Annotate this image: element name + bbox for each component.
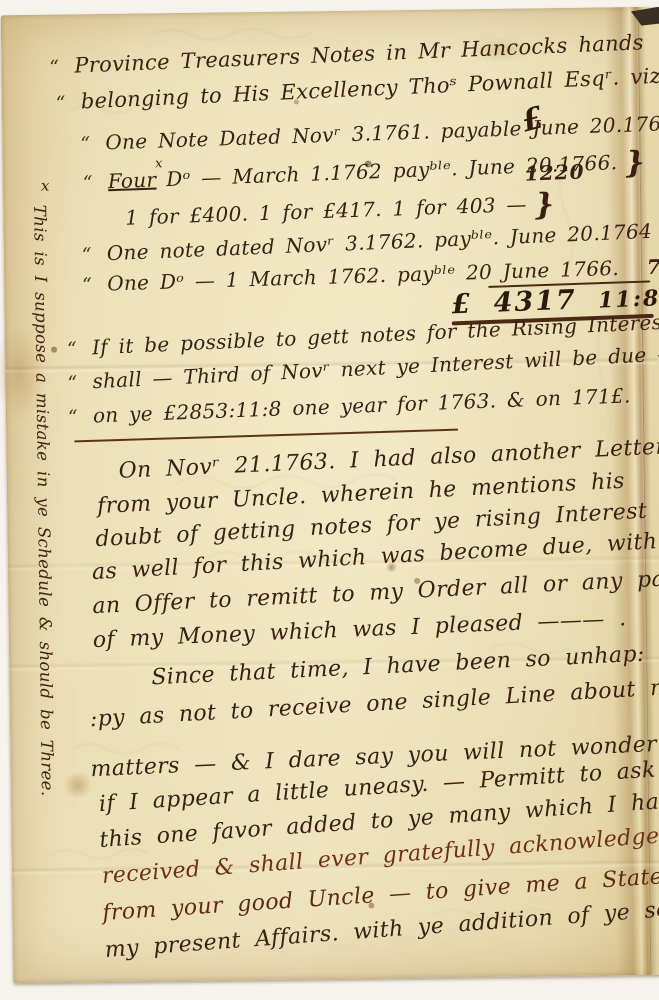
quote-mark: “	[80, 133, 91, 155]
binding-corner-mark	[619, 7, 659, 32]
quote-mark: “	[81, 244, 92, 266]
entry-brace: }	[534, 187, 555, 223]
margin-annotation: This is I suppose a mistake in ye Schedu…	[30, 205, 56, 745]
quote-mark: “	[49, 56, 60, 78]
corrected-word: Fourx	[107, 167, 156, 193]
quote-mark: “	[82, 172, 93, 194]
paper-stain	[63, 772, 93, 798]
quote-mark: “	[67, 372, 78, 394]
quote-mark: “	[67, 338, 78, 360]
entry-value: 1220	[524, 159, 585, 185]
correction-mark: x	[155, 156, 163, 171]
manuscript-photo: { "page": { "kind": "handwritten manuscr…	[0, 0, 659, 1000]
quote-mark: “	[82, 274, 93, 296]
entry-brace: }	[625, 145, 646, 181]
paper-stain	[51, 347, 57, 353]
total-fraction: 11:8	[598, 285, 659, 313]
quote-mark: “	[55, 92, 66, 114]
section-divider-rule	[74, 429, 458, 443]
total-currency: £	[451, 289, 473, 321]
paper-sheet: x This is I suppose a mistake in ye Sche…	[1, 7, 659, 983]
margin-note-mark: x	[41, 177, 50, 195]
quote-mark: “	[68, 406, 79, 428]
entry-value: 73.	[647, 254, 659, 279]
